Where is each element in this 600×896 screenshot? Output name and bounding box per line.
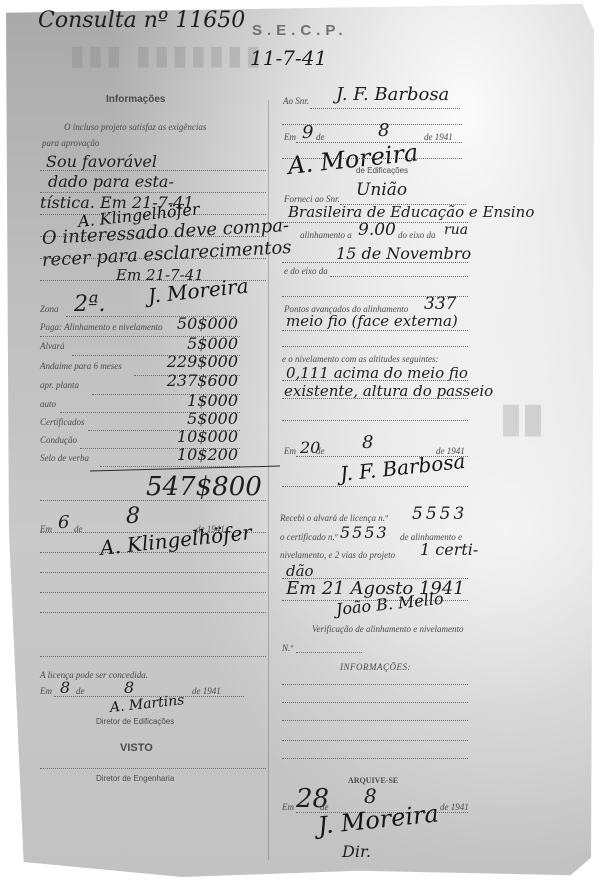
- form-line: [282, 346, 468, 347]
- form-line: [282, 758, 468, 759]
- informacoes-printed-line: O incluso projeto satisfaz as exigências: [64, 122, 206, 132]
- verificacao-title: Verificação de alinhamento e nivelamento: [312, 624, 463, 634]
- director-role: Diretor de Edificações: [96, 717, 174, 726]
- alinhamento-label: alinhamento a: [300, 230, 352, 240]
- form-line: [282, 740, 468, 741]
- certificado-number: 5553: [340, 523, 389, 542]
- zona-value: 2ª.: [74, 292, 105, 317]
- zona-label: Zona: [40, 304, 59, 314]
- date-de: de: [74, 524, 83, 534]
- fee-label: Condução: [40, 435, 77, 445]
- pontos-value: 337: [424, 294, 456, 314]
- fee-label: Andaime para 6 meses: [40, 361, 122, 371]
- fee-label: apr. planta: [40, 380, 79, 390]
- department-header: S.E.C.P.: [252, 22, 348, 39]
- date-month: 8: [124, 678, 134, 697]
- fee-label: auto: [40, 399, 56, 409]
- informacoes-title: Informações: [106, 94, 165, 105]
- form-line: [282, 380, 468, 381]
- fee-value: 10$000: [138, 427, 238, 446]
- ao-sr-label: Ao Snr.: [283, 96, 309, 106]
- date-month: 8: [378, 120, 389, 141]
- column-divider: [268, 100, 269, 860]
- date-month: 8: [364, 784, 377, 808]
- handwritten-opinion-line: dado para esta-: [48, 172, 174, 191]
- alvara-number: 5553: [412, 504, 467, 524]
- engineering-director-role: Diretor de Engenharia: [96, 774, 174, 783]
- date-month: 8: [362, 432, 373, 453]
- header-date: 11-7-41: [250, 46, 327, 70]
- date-de: de: [76, 686, 85, 696]
- form-line: [282, 684, 468, 685]
- recebi-label: Recebi o alvará de licença n.º: [280, 513, 388, 523]
- form-line: [40, 500, 266, 501]
- form-line: [282, 398, 468, 399]
- pontos-note: meio fio (face externa): [286, 312, 458, 330]
- informacoes-printed-line2: para aprovação: [42, 138, 99, 148]
- faded-printed-header: ▮▮▮ ▮▮▮▮▮▮▮: [70, 40, 264, 71]
- date-year: de 1941: [440, 802, 469, 812]
- date-prefix: Em: [40, 524, 52, 534]
- fee-label: Certificados: [40, 417, 85, 427]
- fee-value: 237$600: [138, 371, 238, 390]
- consulta-number: Consulta nº 11650: [38, 8, 245, 33]
- date-year: de 1941: [192, 686, 221, 696]
- form-line: [310, 108, 460, 109]
- fee-value: 229$000: [138, 352, 238, 371]
- fee-value: 10$200: [138, 445, 238, 464]
- date-prefix: Em: [284, 132, 296, 142]
- form-line: [40, 656, 266, 657]
- certificado-label: o certificado n.º: [280, 532, 338, 542]
- projeto-label: nivelamento, e 2 vias do projeto: [280, 550, 395, 560]
- street-name: 15 de Novembro: [336, 244, 471, 263]
- form-line: [40, 612, 266, 613]
- date-day: 9: [302, 122, 313, 143]
- date-prefix: Em: [40, 686, 52, 696]
- eixo-label: e do eixo da: [284, 266, 328, 276]
- forneci-value-line1: União: [356, 180, 407, 200]
- form-line: [296, 652, 362, 653]
- fee-value: 1$000: [138, 391, 238, 410]
- informacoes-caps-title: INFORMAÇÕES:: [340, 662, 411, 672]
- date-day: 6: [58, 512, 69, 533]
- fee-value: 5$000: [138, 409, 238, 428]
- date-year: de 1941: [424, 132, 453, 142]
- form-line: [282, 330, 468, 331]
- faded-stamp: ▮▮: [500, 395, 544, 441]
- fee-value: 5$000: [138, 334, 238, 353]
- date-de: de: [316, 446, 325, 456]
- alinhamento-value: 9.00: [358, 220, 396, 240]
- visto-title: VISTO: [120, 742, 153, 754]
- street-word: rua: [444, 222, 468, 238]
- form-line: [282, 702, 468, 703]
- form-line: [282, 720, 468, 721]
- form-line: [282, 486, 468, 487]
- date-prefix: Em: [284, 446, 296, 456]
- form-line: [40, 768, 266, 769]
- form-line: [40, 572, 266, 573]
- form-line: [282, 420, 468, 421]
- nivelamento-label: e o nivelamento com as altitudes seguint…: [282, 354, 438, 364]
- form-line: [282, 262, 468, 263]
- fee-label: Alvará: [40, 341, 65, 351]
- fee-value: 50$000: [138, 314, 238, 333]
- date-prefix: Em: [282, 802, 294, 812]
- ao-sr-value: J. F. Barbosa: [336, 84, 449, 105]
- form-line: [40, 592, 266, 593]
- forneci-value-line2: Brasileira de Educação e Ensino: [288, 203, 534, 221]
- date-month: 8: [126, 504, 140, 529]
- alinhamento-eixo-label: do eixo da: [398, 230, 436, 240]
- form-line: [282, 158, 462, 159]
- numero-label: N.º: [282, 643, 293, 653]
- date-day: 8: [60, 678, 70, 697]
- fee-total: 547$800: [146, 472, 262, 502]
- form-line: [330, 276, 468, 277]
- handwritten-opinion-line: Sou favorável: [46, 152, 157, 171]
- date-de: de: [316, 132, 325, 142]
- signature-archive-sub: Dir.: [342, 842, 371, 861]
- edificacoes-label: de Edificações: [356, 166, 408, 175]
- handwritten-certidao: 1 certi-: [420, 540, 478, 559]
- fee-label: Selo de verba: [40, 453, 89, 463]
